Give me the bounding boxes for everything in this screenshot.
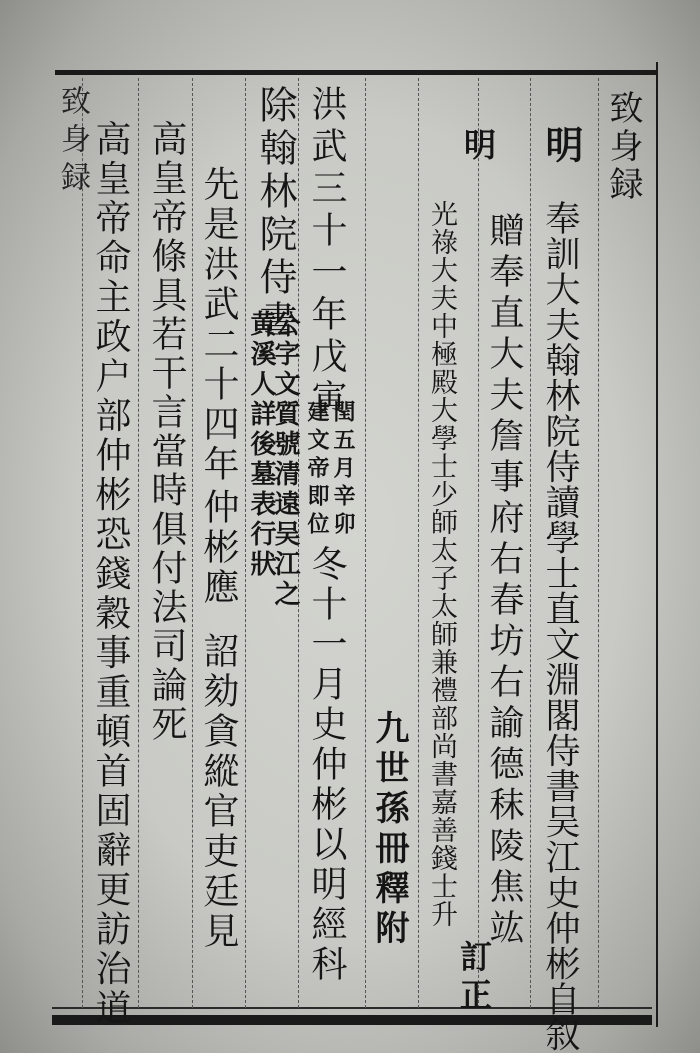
column-divider — [598, 78, 599, 1008]
annotator-line: 九世孫冊釋附 — [372, 710, 406, 950]
book-title: 致身録 — [606, 90, 640, 204]
text-col-2-note-left: 黄溪人詳後墓表行狀 — [248, 310, 274, 580]
dynasty-label-2: 明 — [462, 128, 494, 164]
column-divider — [192, 78, 193, 1008]
column-divider — [365, 78, 366, 1008]
column-divider — [478, 78, 479, 1008]
column-divider — [418, 78, 419, 1008]
revised-label: 訂正 — [458, 940, 490, 1016]
text-col-4: 高皇帝條具若干言當時俱付法司論死 — [148, 120, 184, 744]
text-col-1-main: 洪武三十一年戊寅 — [308, 85, 344, 421]
page-frame-right-border — [656, 62, 658, 1027]
text-col-3-end: 詔劾貪縱官吏廷見 — [200, 632, 236, 952]
column-divider — [82, 78, 83, 1008]
scanned-book-page: 致身録 致身録 明 奉訓大夫翰林院侍讀學士直文淵閣侍書吴江史仲彬自叙 明 贈奉直… — [0, 0, 700, 1053]
reviewer-line-2: 光祿大夫中極殿大學士少師太子太師兼禮部尚書嘉善錢士升 — [428, 200, 455, 928]
text-col-1-cont: 冬十一月史仲彬以明經科 — [308, 545, 344, 985]
text-col-2-main: 除翰林院侍書 — [256, 85, 294, 343]
column-divider — [138, 78, 139, 1008]
dynasty-label: 明 — [542, 125, 580, 167]
text-col-5: 高皇帝命主政户部仲彬恐錢穀事重頓首固辭更訪治道 — [92, 120, 128, 1029]
text-col-3-main: 先是洪武二十四年 — [200, 165, 236, 485]
text-col-1-note-right: 閏五月辛卯 — [332, 400, 354, 540]
page-frame-top-border — [55, 70, 658, 75]
text-col-3-cont: 仲彬應 — [200, 488, 236, 608]
column-divider — [530, 78, 531, 1008]
author-line: 奉訓大夫翰林院侍讀學士直文淵閣侍書吴江史仲彬自叙 — [542, 200, 577, 1052]
reviewer-line-1: 贈奉直大夫詹事府右春坊右諭德秣陵焦竑 — [486, 212, 521, 950]
spine-edge-title: 致身録 — [50, 85, 94, 199]
text-col-1-note-left: 建文帝即位 — [306, 400, 328, 540]
